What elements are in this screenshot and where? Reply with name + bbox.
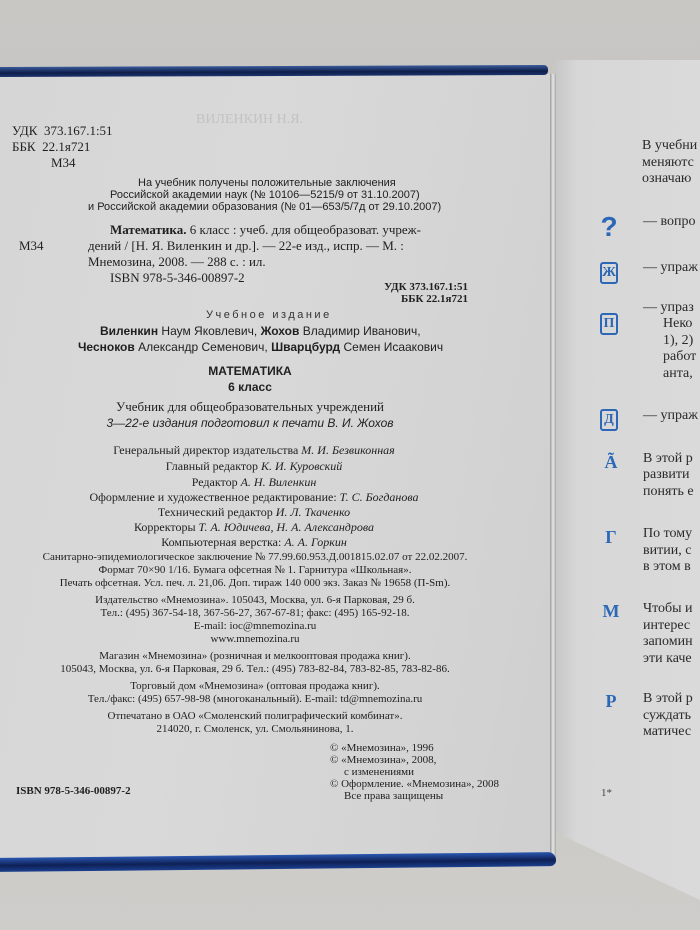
bib-isbn: ISBN 978-5-346-00897-2 xyxy=(110,270,245,286)
legend-text: — упраж xyxy=(643,408,698,424)
exercise-p-icon: П xyxy=(600,313,618,335)
legend-text: В этой р xyxy=(643,451,693,467)
author-name: Наум Яковлевич, xyxy=(161,324,257,338)
legend-text: работ xyxy=(663,349,696,365)
author-mark: М34 xyxy=(51,155,76,171)
legend-text: — вопро xyxy=(643,214,696,230)
bib-line: Математика. 6 класс : учеб. для общеобра… xyxy=(110,222,421,238)
legend-text: витии, с xyxy=(643,543,691,559)
legend-text: понять е xyxy=(643,484,694,500)
credit-line: Генеральный директор издательства М. И. … xyxy=(44,443,464,458)
credit-line: Главный редактор К. И. Куровский xyxy=(44,459,464,474)
print-info-line: Формат 70×90 1/16. Бумага офсетная № 1. … xyxy=(10,564,500,576)
legend-text: эти каче xyxy=(643,651,692,667)
credit-line: Оформление и художественное редактирован… xyxy=(44,490,464,505)
publisher-line: Тел.: (495) 367-54-18, 367-56-27, 367-67… xyxy=(10,607,500,619)
intro-line: В учебни xyxy=(642,138,697,154)
page-number: 1* xyxy=(601,787,612,799)
book-title: МАТЕМАТИКА xyxy=(150,364,350,378)
author-surname: Чесноков xyxy=(78,340,135,354)
copyright-line: Все права защищены xyxy=(344,790,443,802)
publisher-website: www.mnemozina.ru xyxy=(10,633,500,645)
legend-text: — упраж xyxy=(643,260,698,276)
author-name: Семен Исаакович xyxy=(343,340,443,354)
history-g-icon: Г xyxy=(602,526,620,548)
legend-text: В этой р xyxy=(643,691,693,707)
udk-label: УДК xyxy=(12,123,37,138)
exercise-zh-icon: Ж xyxy=(600,262,618,284)
legend-text: запомин xyxy=(643,634,693,650)
credit-line: Корректоры Т. А. Юдичева, Н. А. Александ… xyxy=(44,520,464,535)
approval-line: и Российской академии образования (№ 01—… xyxy=(88,201,441,213)
legend-text: Неко xyxy=(663,316,692,332)
edition-type: Учебное издание xyxy=(206,309,332,321)
copyright-line: © «Мнемозина», 2008, xyxy=(330,754,436,766)
bib-line: Мнемозина, 2008. — 288 с. : ил. xyxy=(88,254,266,270)
exercise-d-icon: Д xyxy=(600,409,618,431)
book-grade: 6 класс xyxy=(150,380,350,394)
isbn-bottom: ISBN 978-5-346-00897-2 xyxy=(16,785,131,797)
bleed-through-text: ВИЛЕНКИН Н.Я. xyxy=(196,112,303,128)
print-info-line: Санитарно-эпидемиологическое заключение … xyxy=(10,551,500,563)
copyright-line: © «Мнемозина», 1996 xyxy=(330,742,434,754)
copyright-line: © Оформление. «Мнемозина», 2008 xyxy=(330,778,499,790)
intro-line: меняютс xyxy=(642,155,694,171)
approval-line: На учебник получены положительные заключ… xyxy=(138,177,396,189)
author-surname: Шварцбурд xyxy=(271,340,340,354)
history-a-icon: Ã xyxy=(602,451,620,473)
cover-edge-top xyxy=(0,65,548,77)
publisher-line: Издательство «Мнемозина». 105043, Москва… xyxy=(10,594,500,606)
legend-text: интерес xyxy=(643,618,690,634)
copyright-line: с изменениями xyxy=(344,766,414,778)
print-info-line: Печать офсетная. Усл. печ. л. 21,06. Доп… xyxy=(10,577,500,589)
publisher-email: E-mail: ioc@mnemozina.ru xyxy=(10,620,500,632)
author-surname: Виленкин xyxy=(100,324,158,338)
legend-text: развити xyxy=(643,467,689,483)
printer-line: Отпечатано в ОАО «Смоленский полиграфиче… xyxy=(10,710,500,722)
credit-line: Редактор А. Н. Виленкин xyxy=(44,475,464,490)
book-subtitle: Учебник для общеобразовательных учрежден… xyxy=(80,399,420,415)
approval-line: Российской академии наук (№ 10106—5215/9… xyxy=(110,189,420,201)
bbk-label: ББК xyxy=(12,139,36,154)
legend-text: суждать xyxy=(643,708,691,724)
intro-line: означаю xyxy=(642,171,691,187)
discussion-r-icon: Р xyxy=(602,690,620,712)
udk-value: 373.167.1:51 xyxy=(44,123,113,138)
trade-house-line: Торговый дом «Мнемозина» (оптовая продаж… xyxy=(10,680,500,692)
author-name: Владимир Иванович, xyxy=(303,324,421,338)
bbk-right: ББК 22.1я721 xyxy=(378,293,468,305)
printer-line: 214020, г. Смоленск, ул. Смольянинова, 1… xyxy=(10,723,500,735)
udk-right: УДК 373.167.1:51 xyxy=(378,281,468,293)
question-mark-icon: ? xyxy=(600,216,618,238)
author-surname: Жохов xyxy=(261,324,300,338)
legend-text: анта, xyxy=(663,366,693,382)
legend-text: — упраз xyxy=(643,300,694,316)
legend-text: в этом в xyxy=(643,559,691,575)
puzzle-m-icon: М xyxy=(602,600,620,622)
shop-line: Магазин «Мнемозина» (розничная и мелкооп… xyxy=(10,650,500,662)
bbk-value: 22.1я721 xyxy=(42,139,90,154)
legend-text: Чтобы и xyxy=(643,601,693,617)
legend-text: По тому xyxy=(643,526,692,542)
author-name: Александр Семенович, xyxy=(138,340,268,354)
bib-mark: М34 xyxy=(19,238,44,254)
book-spine xyxy=(550,74,556,864)
trade-house-line: Тел./факс: (495) 657-98-98 (многоканальн… xyxy=(10,693,500,705)
bib-line: дений / [Н. Я. Виленкин и др.]. — 22-е и… xyxy=(88,238,404,254)
shop-line: 105043, Москва, ул. 6-я Парковая, 29 б. … xyxy=(10,663,500,675)
legend-text: матичес xyxy=(643,724,691,740)
legend-text: 1), 2) xyxy=(663,333,693,349)
credit-line: Технический редактор И. Л. Ткаченко xyxy=(44,505,464,520)
credit-line: Компьютерная верстка: А. А. Горкин xyxy=(44,535,464,550)
prepared-by: 3—22-е издания подготовил к печати В. И.… xyxy=(80,416,420,430)
